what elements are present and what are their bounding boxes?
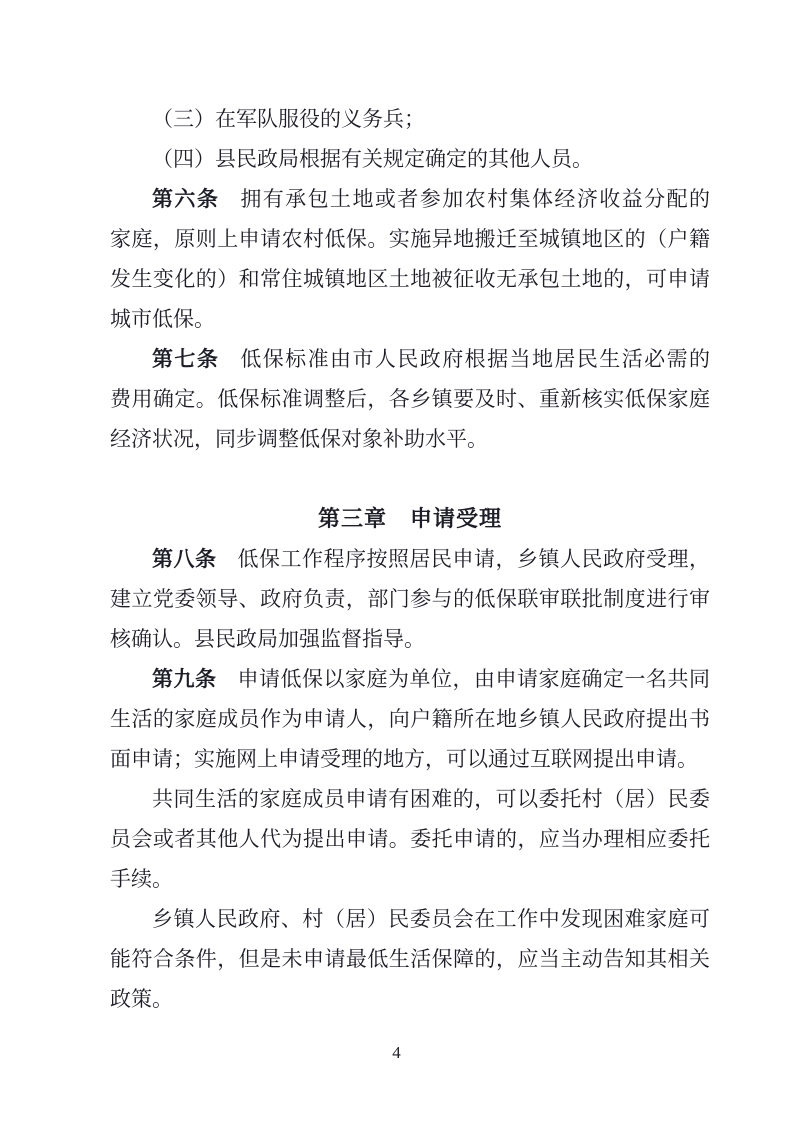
line-text: 拥有承包土地或者参加农村集体经济收益分配的 [240, 187, 710, 211]
line-text: 家庭，原则上申请农村低保。实施异地搬迁至城镇地区的（户籍 [110, 227, 710, 251]
doc-line: 手续。 [110, 859, 710, 899]
line-text: 费用确定。低保标准调整后，各乡镇要及时、重新核实低保家庭 [110, 387, 710, 411]
line-text: 核确认。县民政局加强监督指导。 [110, 627, 425, 651]
line-text: 城市低保。 [110, 307, 215, 331]
doc-line: 面申请；实施网上申请受理的地方，可以通过互联网提出申请。 [110, 739, 710, 779]
doc-line: 第八条低保工作程序按照居民申请，乡镇人民政府受理， [110, 539, 710, 579]
doc-line: 乡镇人民政府、村（居）民委员会在工作中发现困难家庭可 [110, 899, 710, 939]
doc-line: 家庭，原则上申请农村低保。实施异地搬迁至城镇地区的（户籍 [110, 219, 710, 259]
doc-line: 城市低保。 [110, 299, 710, 339]
doc-line: 发生变化的）和常住城镇地区土地被征收无承包土地的，可申请 [110, 259, 710, 299]
doc-line: 生活的家庭成员作为申请人，向户籍所在地乡镇人民政府提出书 [110, 699, 710, 739]
line-text: （三）在军队服役的义务兵； [152, 107, 425, 131]
article-number: 第八条 [152, 547, 217, 571]
line-text: 员会或者其他人代为提出申请。委托申请的，应当办理相应委托 [110, 827, 710, 851]
doc-line: （四）县民政局根据有关规定确定的其他人员。 [110, 139, 710, 179]
doc-line: 经济状况，同步调整低保对象补助水平。 [110, 419, 710, 459]
line-text: 共同生活的家庭成员申请有困难的，可以委托村（居）民委 [152, 787, 710, 811]
doc-line: 第九条申请低保以家庭为单位，由申请家庭确定一名共同 [110, 659, 710, 699]
doc-line: 第六条拥有承包土地或者参加农村集体经济收益分配的 [110, 179, 710, 219]
doc-line: （三）在军队服役的义务兵； [110, 99, 710, 139]
line-text: （四）县民政局根据有关规定确定的其他人员。 [152, 147, 593, 171]
article-number: 第六条 [152, 187, 219, 211]
doc-line: 员会或者其他人代为提出申请。委托申请的，应当办理相应委托 [110, 819, 710, 859]
line-text: 生活的家庭成员作为申请人，向户籍所在地乡镇人民政府提出书 [110, 707, 710, 731]
doc-line: 建立党委领导、政府负责，部门参与的低保联审联批制度进行审 [110, 579, 710, 619]
article-number: 第九条 [152, 667, 217, 691]
line-text: 低保工作程序按照居民申请，乡镇人民政府受理， [238, 547, 711, 571]
document-content: （三）在军队服役的义务兵； （四）县民政局根据有关规定确定的其他人员。 第六条拥… [110, 99, 710, 1019]
line-text: 发生变化的）和常住城镇地区土地被征收无承包土地的，可申请 [110, 267, 710, 291]
doc-line: 共同生活的家庭成员申请有困难的，可以委托村（居）民委 [110, 779, 710, 819]
doc-line: 第七条低保标准由市人民政府根据当地居民生活必需的 [110, 339, 710, 379]
doc-line: 核确认。县民政局加强监督指导。 [110, 619, 710, 659]
line-text: 面申请；实施网上申请受理的地方，可以通过互联网提出申请。 [110, 747, 698, 771]
doc-line: 能符合条件，但是未申请最低生活保障的，应当主动告知其相关 [110, 939, 710, 979]
line-text: 乡镇人民政府、村（居）民委员会在工作中发现困难家庭可 [152, 907, 710, 931]
page-number: 4 [0, 1042, 793, 1064]
line-text: 政策。 [110, 987, 173, 1011]
doc-line: 政策。 [110, 979, 710, 1019]
document-page: （三）在军队服役的义务兵； （四）县民政局根据有关规定确定的其他人员。 第六条拥… [0, 0, 793, 1122]
line-text: 申请低保以家庭为单位，由申请家庭确定一名共同 [238, 667, 711, 691]
line-text: 手续。 [110, 867, 173, 891]
line-text: 能符合条件，但是未申请最低生活保障的，应当主动告知其相关 [110, 947, 710, 971]
line-text: 建立党委领导、政府负责，部门参与的低保联审联批制度进行审 [110, 587, 710, 611]
chapter-heading: 第三章 申请受理 [110, 499, 710, 539]
doc-line: 费用确定。低保标准调整后，各乡镇要及时、重新核实低保家庭 [110, 379, 710, 419]
line-text: 低保标准由市人民政府根据当地居民生活必需的 [240, 347, 710, 371]
line-text: 经济状况，同步调整低保对象补助水平。 [110, 427, 488, 451]
article-number: 第七条 [152, 347, 219, 371]
